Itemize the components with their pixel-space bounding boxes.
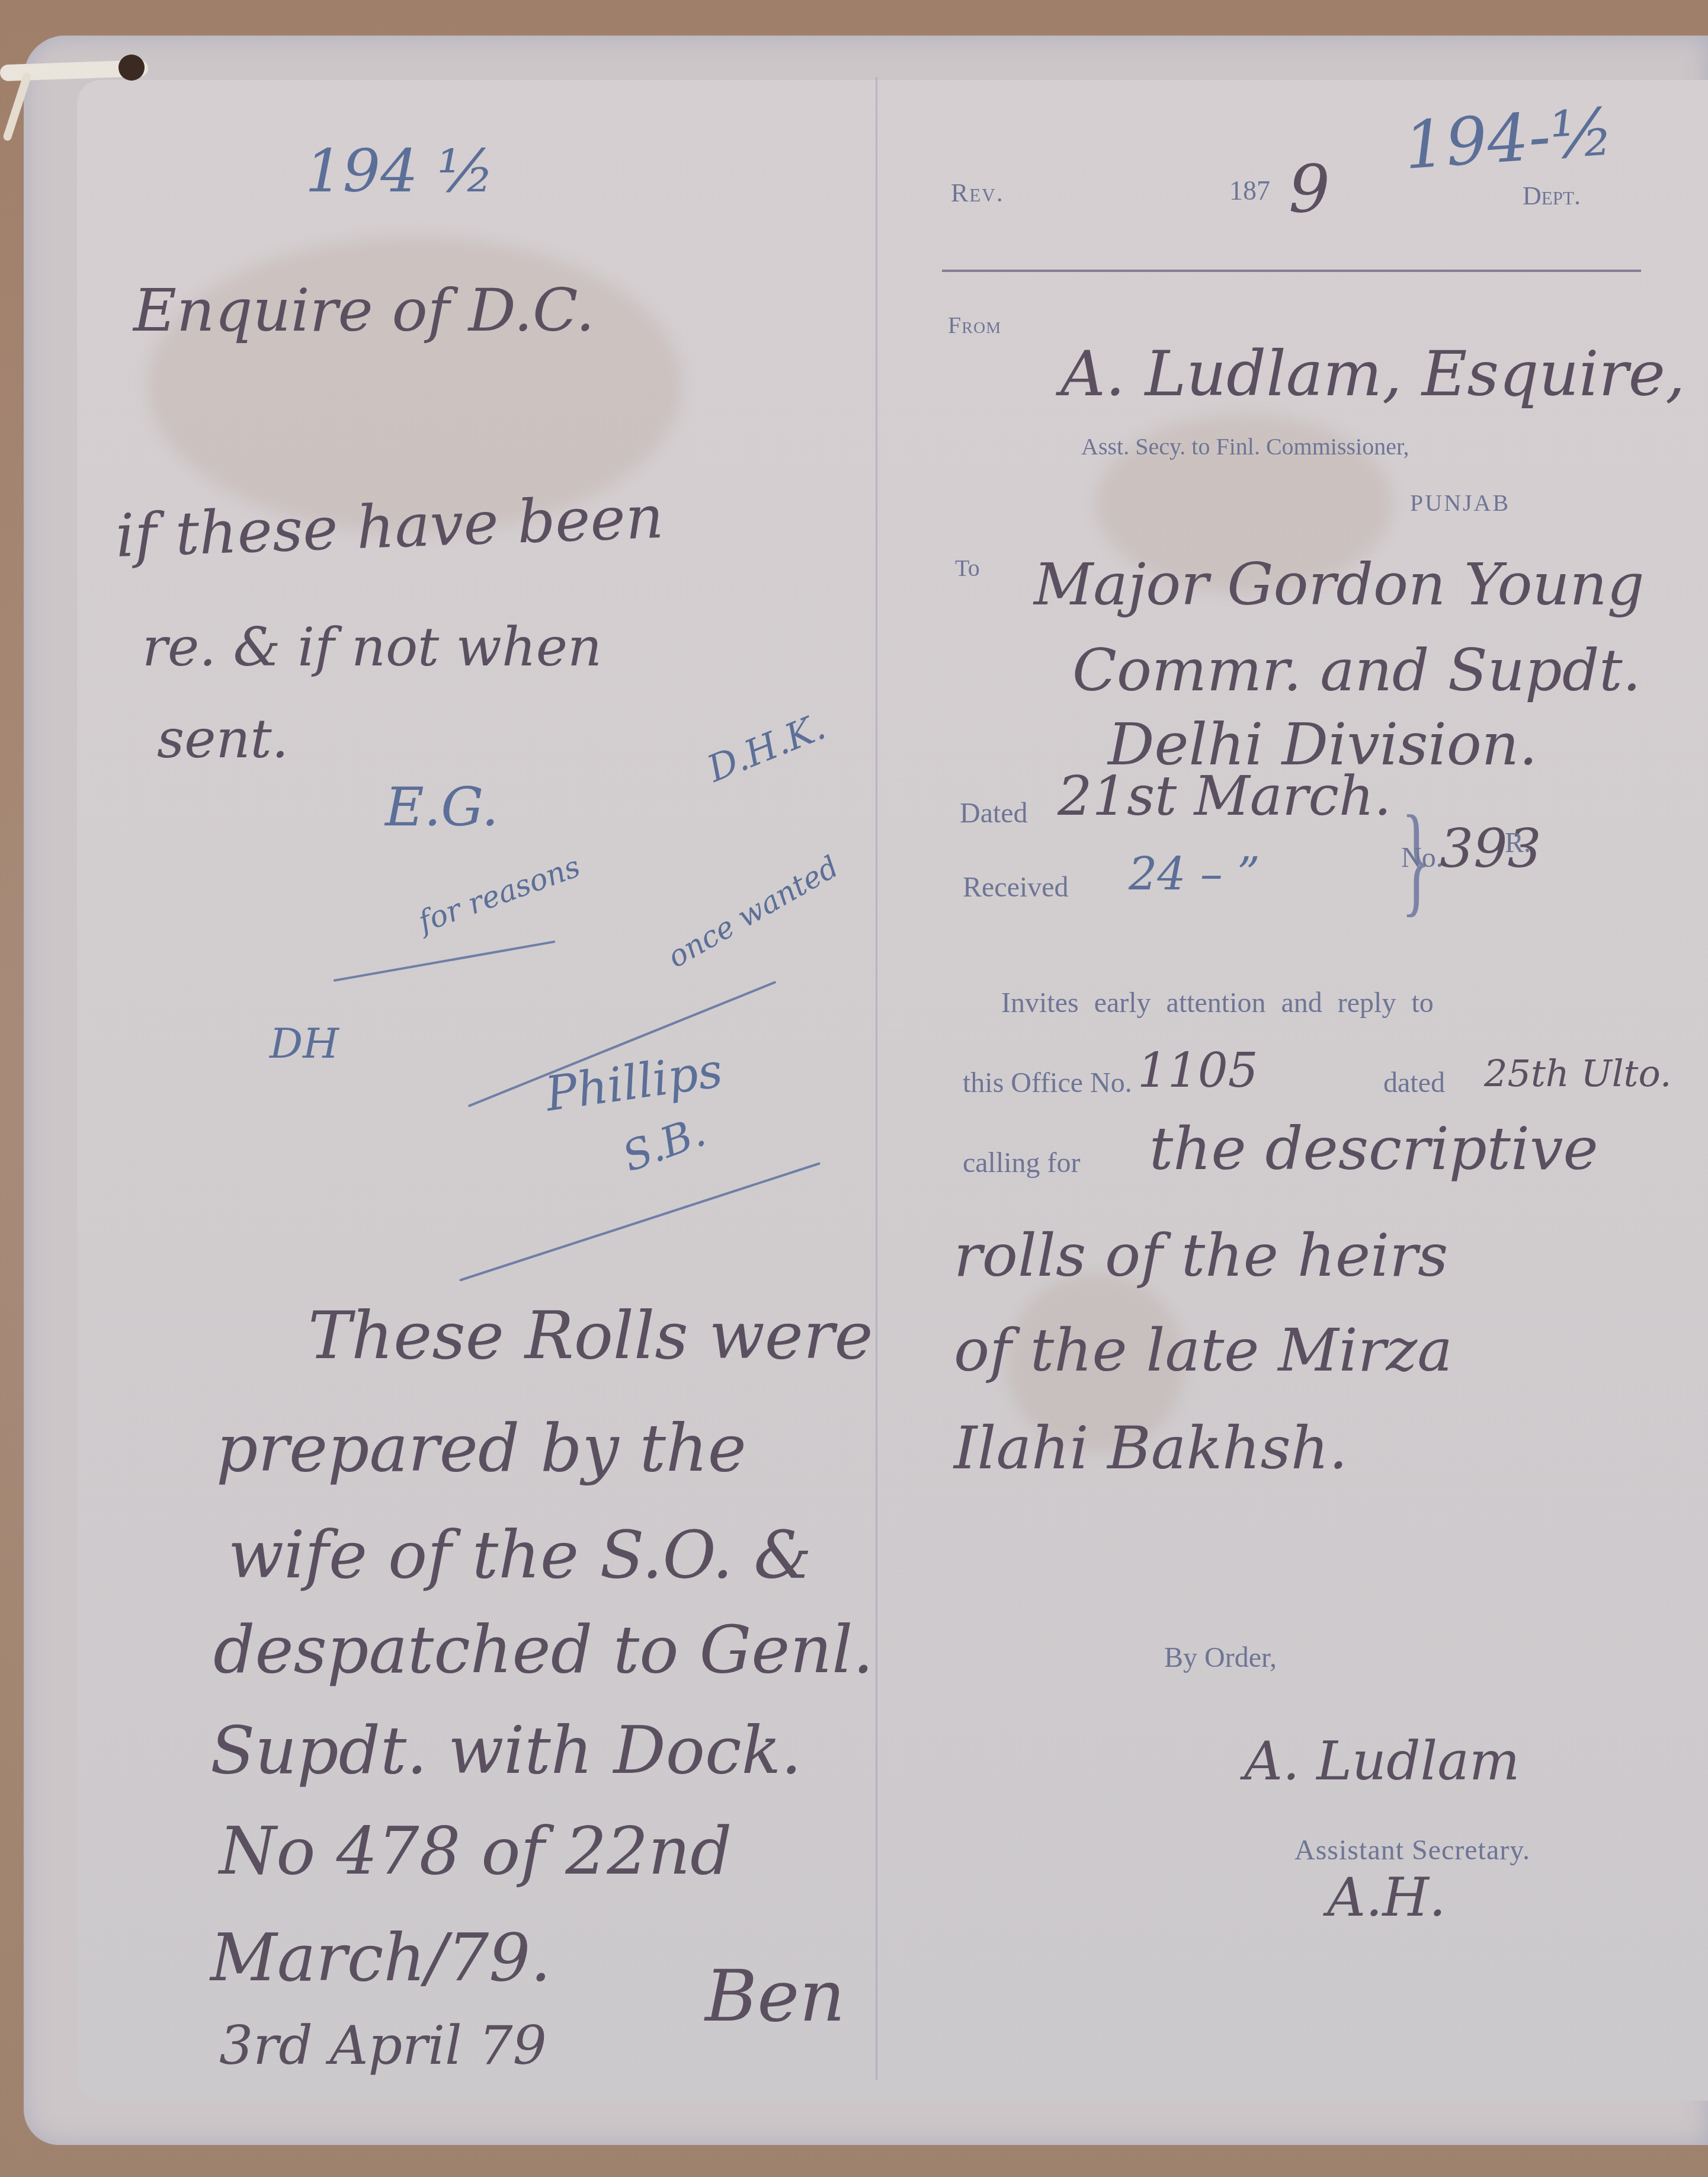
punch-hole	[118, 55, 145, 81]
number-label: No.	[1401, 841, 1443, 874]
office-no-value: 1105	[1137, 1043, 1258, 1098]
year-printed: 187	[1229, 175, 1270, 206]
from-location: PUNJAB	[1410, 489, 1510, 517]
to-recipient-title: Commr. and Supdt.	[1072, 637, 1641, 705]
memo-line-8: 3rd April 79	[219, 2015, 547, 2077]
note-line-1: Enquire of D.C.	[133, 276, 595, 345]
memo-line-5: Supdt. with Dock.	[210, 1712, 802, 1788]
memo-signature: Ben	[705, 1955, 845, 2038]
header-rule	[942, 270, 1641, 272]
received-value: 24 – ”	[1129, 847, 1260, 900]
body-line-1: Invites early attention and reply to	[1001, 987, 1434, 1019]
department-label: Dept.	[1523, 181, 1581, 211]
number-suffix: R.	[1505, 827, 1531, 859]
memo-line-3: wife of the S.O. &	[228, 1517, 812, 1593]
signatory-title: Assistant Secretary.	[1294, 1834, 1530, 1867]
file-reference-right: 194-½	[1402, 94, 1616, 184]
to-label: To	[955, 554, 980, 582]
to-recipient: Major Gordon Young	[1034, 551, 1644, 619]
note-line-4: sent.	[157, 708, 289, 770]
subject-line-3: of the late Mirza	[954, 1315, 1453, 1385]
memo-line-4: despatched to Genl.	[213, 1612, 873, 1688]
from-label: From	[948, 311, 1001, 339]
memo-line-7: March/79.	[210, 1920, 551, 1996]
year-handwritten: 9	[1289, 151, 1330, 227]
file-reference-left: 194 ½	[305, 136, 495, 206]
from-title: Asst. Secy. to Finl. Commissioner,	[1081, 433, 1409, 460]
subject-line-1: the descriptive	[1149, 1114, 1598, 1183]
fold-line	[876, 77, 877, 2080]
office-no-label: this Office No.	[963, 1067, 1132, 1099]
memo-line-6: No 478 of 22nd	[219, 1813, 732, 1889]
subject-line-4: Ilahi Bakhsh.	[954, 1413, 1348, 1483]
note-line-3: re. & if not when	[142, 616, 602, 678]
dated-value: 21st March.	[1058, 764, 1392, 828]
note-initials-3: DH	[270, 1019, 339, 1068]
subject-line-2: rolls of the heirs	[954, 1221, 1448, 1290]
body-dated-label: dated	[1383, 1067, 1445, 1099]
from-name: A. Ludlam, Esquire,	[1060, 338, 1685, 410]
calling-for-label: calling for	[963, 1147, 1081, 1179]
memo-line-2: prepared by the	[216, 1410, 746, 1486]
register-label: Rev.	[951, 178, 1004, 208]
note-initials-1: E.G.	[385, 776, 499, 838]
clerk-initials: A.H.	[1327, 1867, 1446, 1929]
received-label: Received	[963, 871, 1069, 904]
dated-label: Dated	[960, 797, 1028, 830]
body-dated-value: 25th Ulto.	[1484, 1052, 1671, 1095]
memo-line-1: These Rolls were	[308, 1298, 873, 1374]
by-order: By Order,	[1164, 1641, 1277, 1674]
signature: A. Ludlam	[1244, 1730, 1520, 1792]
